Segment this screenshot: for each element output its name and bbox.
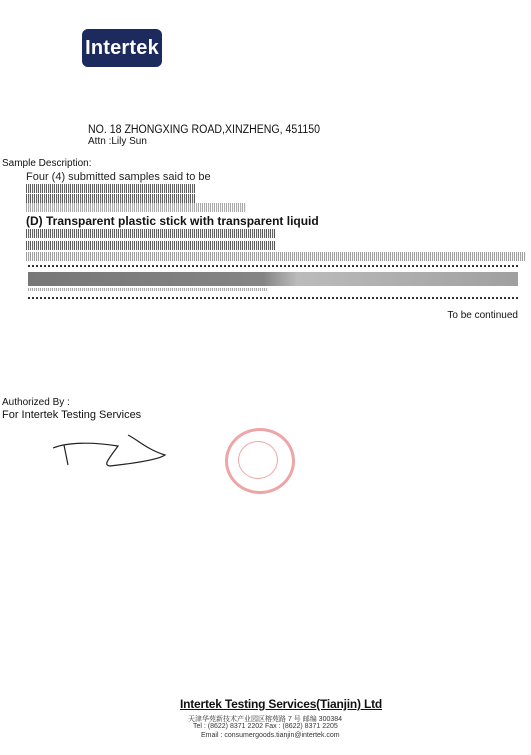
footer-email: Email : consumergoods.tianjin@intertek.c… [201, 732, 340, 739]
divider [28, 297, 518, 299]
recipient-attn: Attn :Lily Sun [88, 136, 147, 147]
footer-phone: Tel : (8622) 8371 2202 Fax : (8622) 8371… [193, 723, 338, 730]
footer-company: Intertek Testing Services(Tianjin) Ltd [180, 697, 382, 711]
sample-item-d: (D) Transparent plastic stick with trans… [26, 214, 319, 228]
to-be-continued: To be continued [447, 310, 518, 321]
illegible-text [26, 194, 196, 203]
illegible-text [26, 229, 276, 238]
sample-description-label: Sample Description: [2, 158, 91, 169]
illegible-text [26, 252, 526, 261]
logo-text: Intertek [85, 37, 159, 60]
illegible-table-row [28, 272, 518, 286]
recipient-address: NO. 18 ZHONGXING ROAD,XINZHENG, 451150 [88, 124, 320, 136]
company-stamp [225, 428, 295, 494]
authorized-for: For Intertek Testing Services [2, 409, 141, 421]
signature [48, 430, 173, 472]
intertek-logo: Intertek [82, 29, 162, 67]
illegible-text [26, 203, 246, 212]
authorized-by-label: Authorized By : [2, 397, 70, 408]
illegible-text [26, 241, 276, 250]
illegible-text [26, 184, 196, 193]
illegible-text [28, 288, 268, 291]
sample-description-line: Four (4) submitted samples said to be [26, 171, 211, 183]
divider [28, 265, 518, 267]
